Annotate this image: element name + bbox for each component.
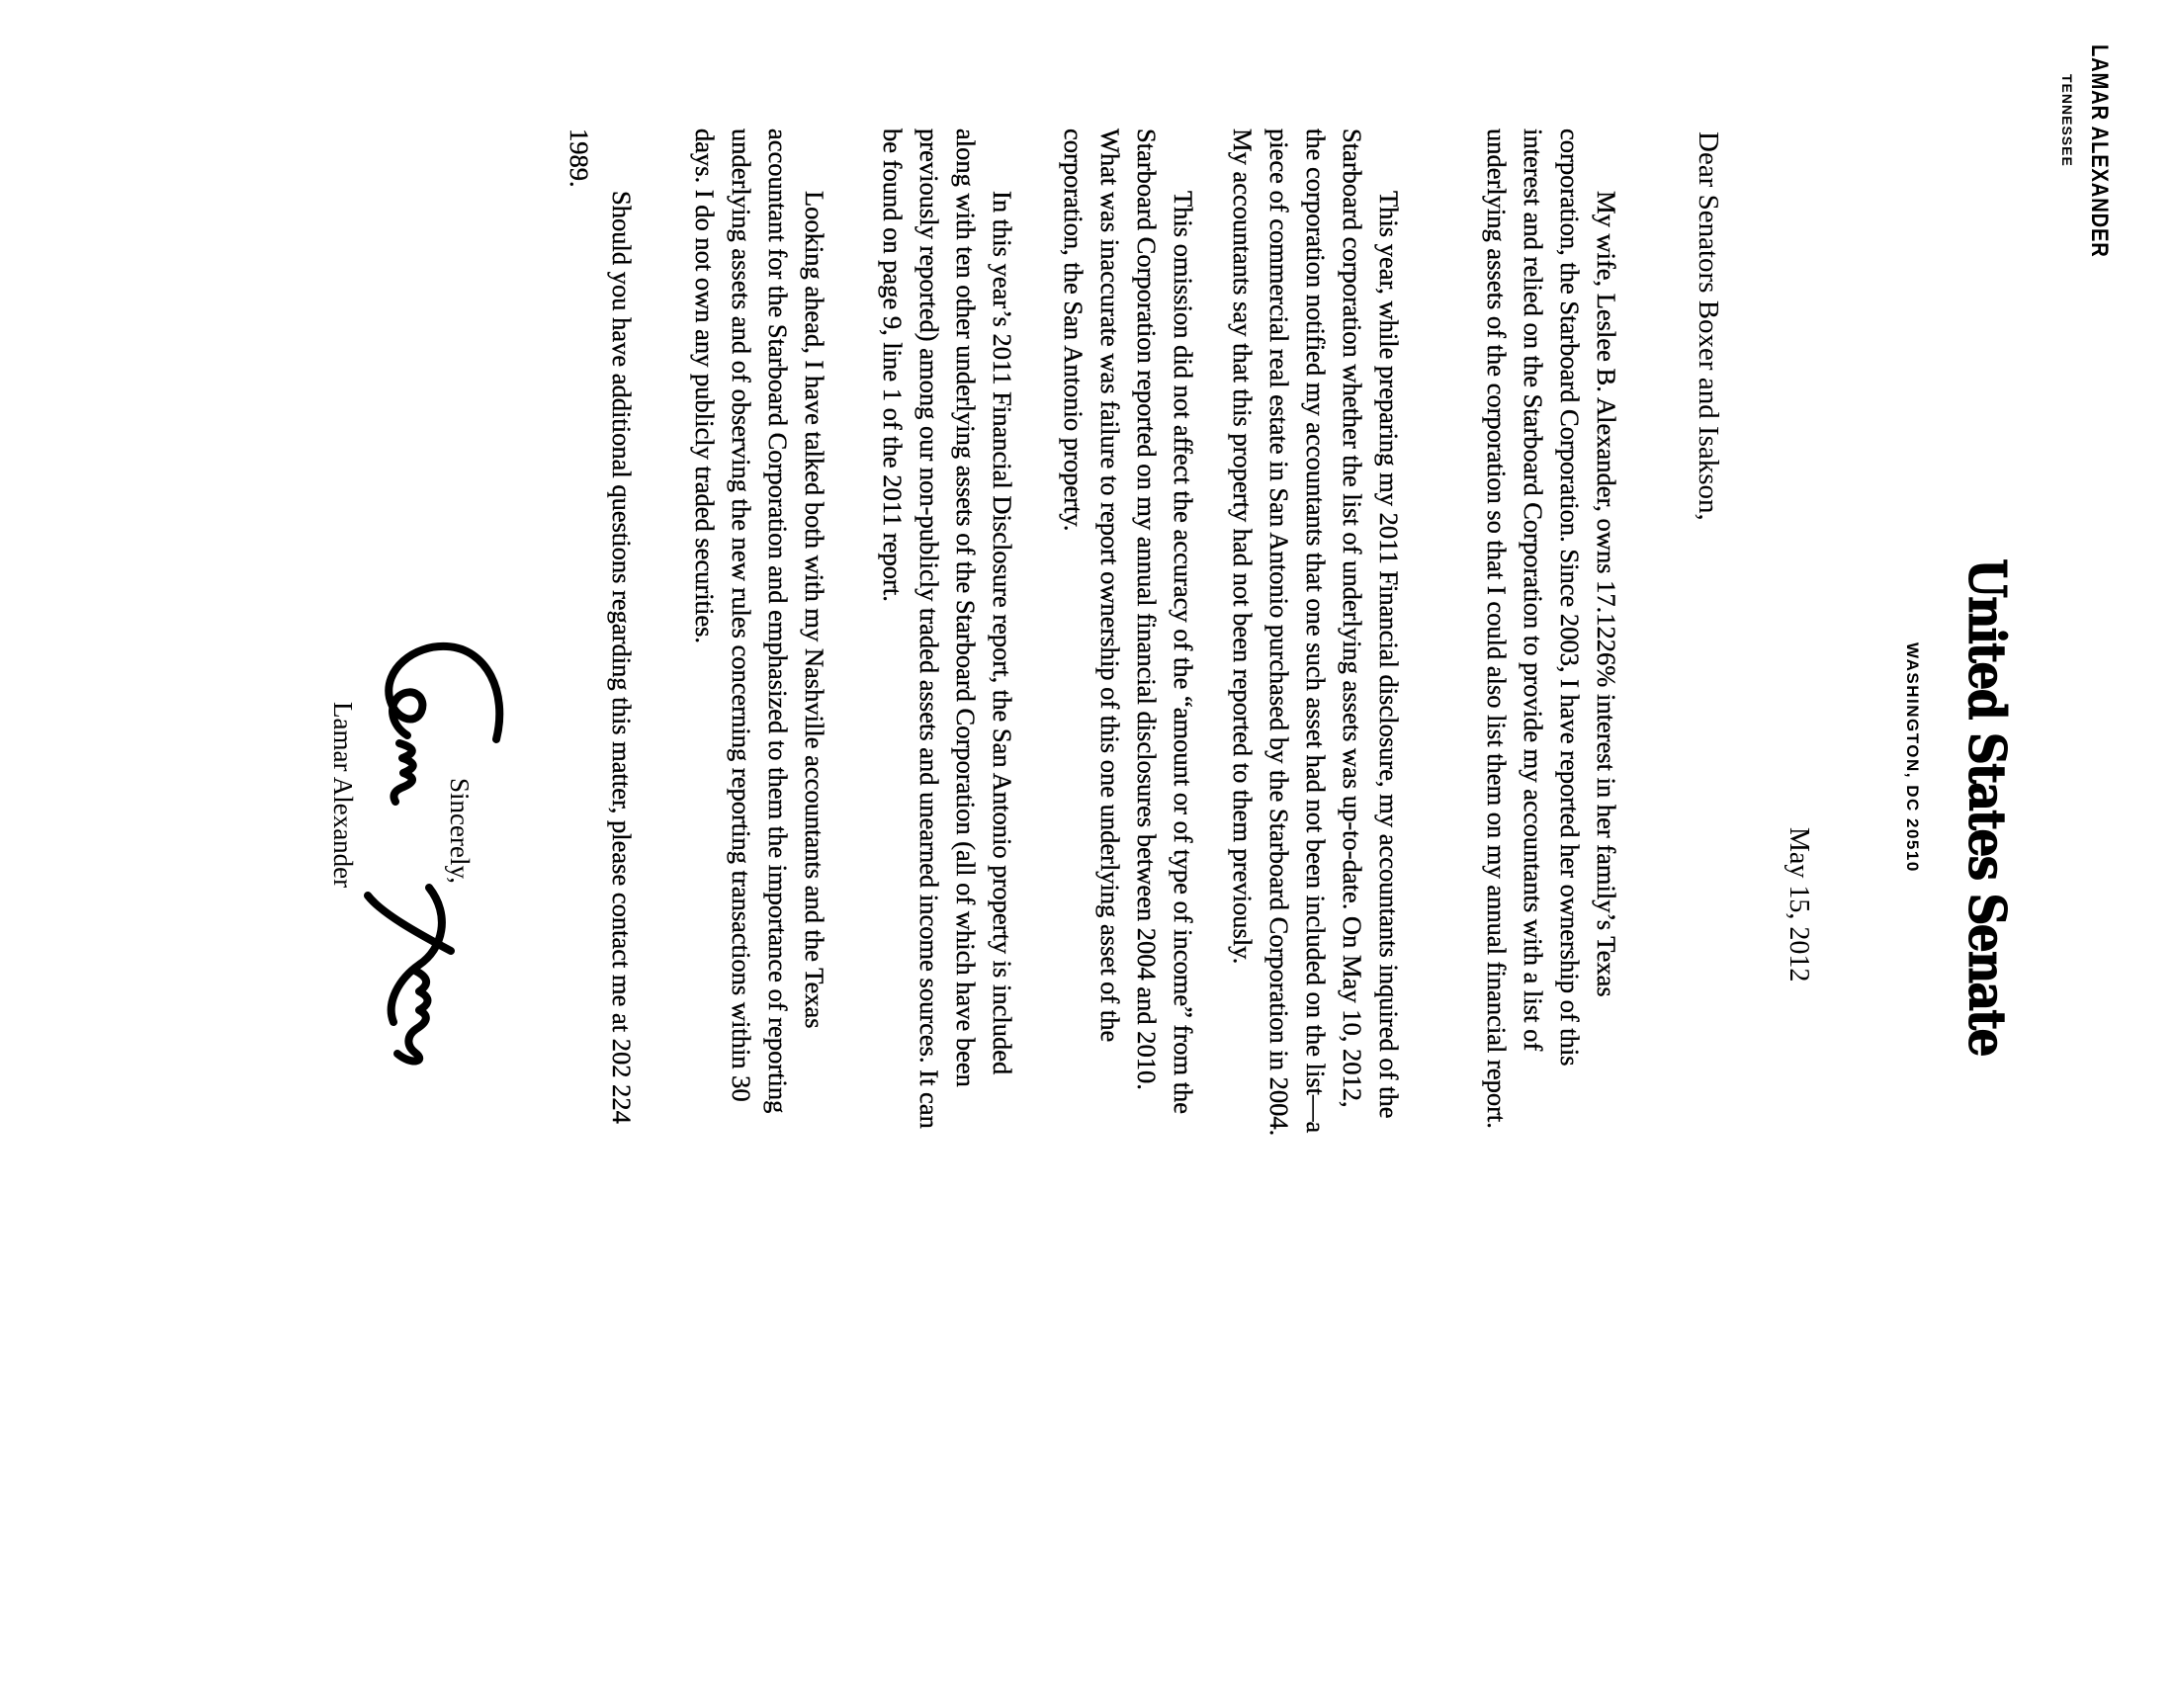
body-line: This omission did not affect the accurac… [1165,128,1201,1114]
paragraph-6: Should you have additional questions reg… [558,128,643,1124]
body-line: be found on page 9, line 1 of the 2011 r… [874,128,911,1129]
body-line: interest and relied on the Starboard Cor… [1515,128,1551,1129]
body-line: piece of commercial real estate in San A… [1261,128,1297,1136]
body-line: This year, while preparing my 2011 Finan… [1370,128,1407,1136]
body-line: My accountants say that this property ha… [1224,128,1261,1136]
body-line: underlying assets and of observing the n… [723,128,759,1113]
body-line: 1989. [558,128,600,1124]
signature-typed-name: Lamar Alexander [327,702,358,888]
body-line: Looking ahead, I have talked both with m… [796,128,832,1113]
body-line: the corporation notified my accountants … [1297,128,1334,1136]
paragraph-5: Looking ahead, I have talked both with m… [686,128,832,1113]
signature-handwriting [349,623,512,1077]
letterhead-sender-state: TENNESSEE [2059,74,2075,167]
scanned-letter-page: 00000602485 LAMAR ALEXANDER TENNESSEE Un… [0,0,2175,1708]
body-line: Starboard corporation whether the list o… [1334,128,1370,1136]
body-line: corporation, the Starboard Corporation. … [1551,128,1588,1129]
body-line: What was inaccurate was failure to repor… [1091,128,1128,1114]
body-line: underlying assets of the corporation so … [1478,128,1515,1129]
body-line: previously reported) among our non-publi… [911,128,947,1129]
body-line: days. I do not own any publicly traded s… [686,128,723,1113]
body-line: Starboard Corporation reported on my ann… [1128,128,1165,1114]
body-line: In this year’s 2011 Financial Disclosure… [984,128,1020,1129]
paragraph-1: My wife, Leslee B. Alexander, owns 17.12… [1478,128,1624,1129]
paragraph-4: In this year’s 2011 Financial Disclosure… [874,128,1020,1129]
paragraph-3: This omission did not affect the accurac… [1055,128,1201,1114]
senate-masthead-location: WASHINGTON, DC 20510 [1902,642,1922,873]
body-line: corporation, the San Antonio property. [1055,128,1091,1114]
body-line: My wife, Leslee B. Alexander, owns 17.12… [1588,128,1624,1129]
body-line: along with ten other underlying assets o… [947,128,984,1129]
salutation: Dear Senators Boxer and Isakson, [1692,131,1724,521]
letter-page-rotated: LAMAR ALEXANDER TENNESSEE United States … [0,0,2175,1708]
paragraph-2: This year, while preparing my 2011 Finan… [1224,128,1407,1136]
letterhead-sender-name: LAMAR ALEXANDER [2085,44,2113,258]
letter-date: May 15, 2012 [1783,827,1814,982]
senate-masthead-title: United States Senate [1957,558,2017,1056]
body-line: Should you have additional questions reg… [600,128,643,1124]
body-line: accountant for the Starboard Corporation… [759,128,796,1113]
